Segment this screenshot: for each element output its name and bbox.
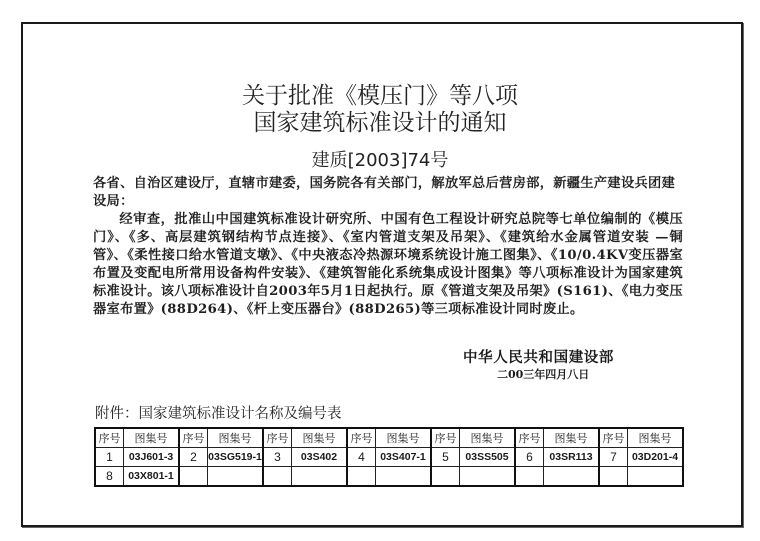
header-no: 序号 [95,428,124,448]
addressee-line-2: 设局： [93,193,683,211]
header-no: 序号 [599,428,628,448]
cell-no: 8 [95,467,124,487]
table-row: 1 03J601-3 2 03SG519-1 3 03S402 4 03S407… [95,448,683,467]
cell-no: 2 [179,448,208,467]
addressee-line-1: 各省、自治区建设厅，直辖市建委，国务院各有关部门，解放军总后营房部，新疆生产建设… [93,175,683,193]
issue-date: 二00三年四月八日 [497,366,589,382]
cell-no: 3 [263,448,292,467]
cell-code: 03J601-3 [124,448,180,467]
cell-empty [179,467,208,487]
cell-code: 03SG519-1 [208,448,264,467]
cell-empty [431,467,460,487]
cell-empty [263,467,292,487]
header-code: 图集号 [292,428,348,448]
header-code: 图集号 [124,428,180,448]
table-row: 8 03X801-1 [95,467,683,487]
document-number: 建质[2003]74号 [0,146,760,172]
cell-code: 03SS505 [460,448,516,467]
addressee: 各省、自治区建设厅，直辖市建委，国务院各有关部门，解放军总后营房部，新疆生产建设… [93,175,683,211]
body-paragraph: 经审查，批准山中国建筑标准设计研究所、中国有色工程设计研究总院等七单位编制的《模… [93,211,683,319]
cell-code: 03S407-1 [376,448,432,467]
cell-empty [208,467,264,487]
header-code: 图集号 [208,428,264,448]
cell-code: 03SR113 [544,448,600,467]
header-no: 序号 [515,428,544,448]
cell-code: 03X801-1 [124,467,180,487]
cell-empty [460,467,516,487]
header-code: 图集号 [460,428,516,448]
notice-title-line-2: 国家建筑标准设计的通知 [0,104,760,137]
cell-empty [292,467,348,487]
table-header-row: 序号 图集号 序号 图集号 序号 图集号 序号 图集号 序号 图集号 序号 图集… [95,428,683,448]
header-code: 图集号 [544,428,600,448]
header-no: 序号 [263,428,292,448]
cell-empty [515,467,544,487]
cell-empty [628,467,684,487]
cell-no: 6 [515,448,544,467]
annex-title: 附件：国家建筑标准设计名称及编号表 [95,402,342,423]
header-no: 序号 [347,428,376,448]
header-no: 序号 [431,428,460,448]
cell-code: 03S402 [292,448,348,467]
cell-empty [599,467,628,487]
issuer: 中华人民共和国建设部 [463,346,614,367]
header-code: 图集号 [376,428,432,448]
header-no: 序号 [179,428,208,448]
standards-table: 序号 图集号 序号 图集号 序号 图集号 序号 图集号 序号 图集号 序号 图集… [94,427,684,487]
header-code: 图集号 [628,428,684,448]
cell-no: 7 [599,448,628,467]
cell-empty [376,467,432,487]
cell-no: 5 [431,448,460,467]
cell-no: 1 [95,448,124,467]
cell-code: 03D201-4 [628,448,684,467]
body-paragraph-block: 经审查，批准山中国建筑标准设计研究所、中国有色工程设计研究总院等七单位编制的《模… [93,211,683,319]
cell-empty [347,467,376,487]
cell-empty [544,467,600,487]
cell-no: 4 [347,448,376,467]
